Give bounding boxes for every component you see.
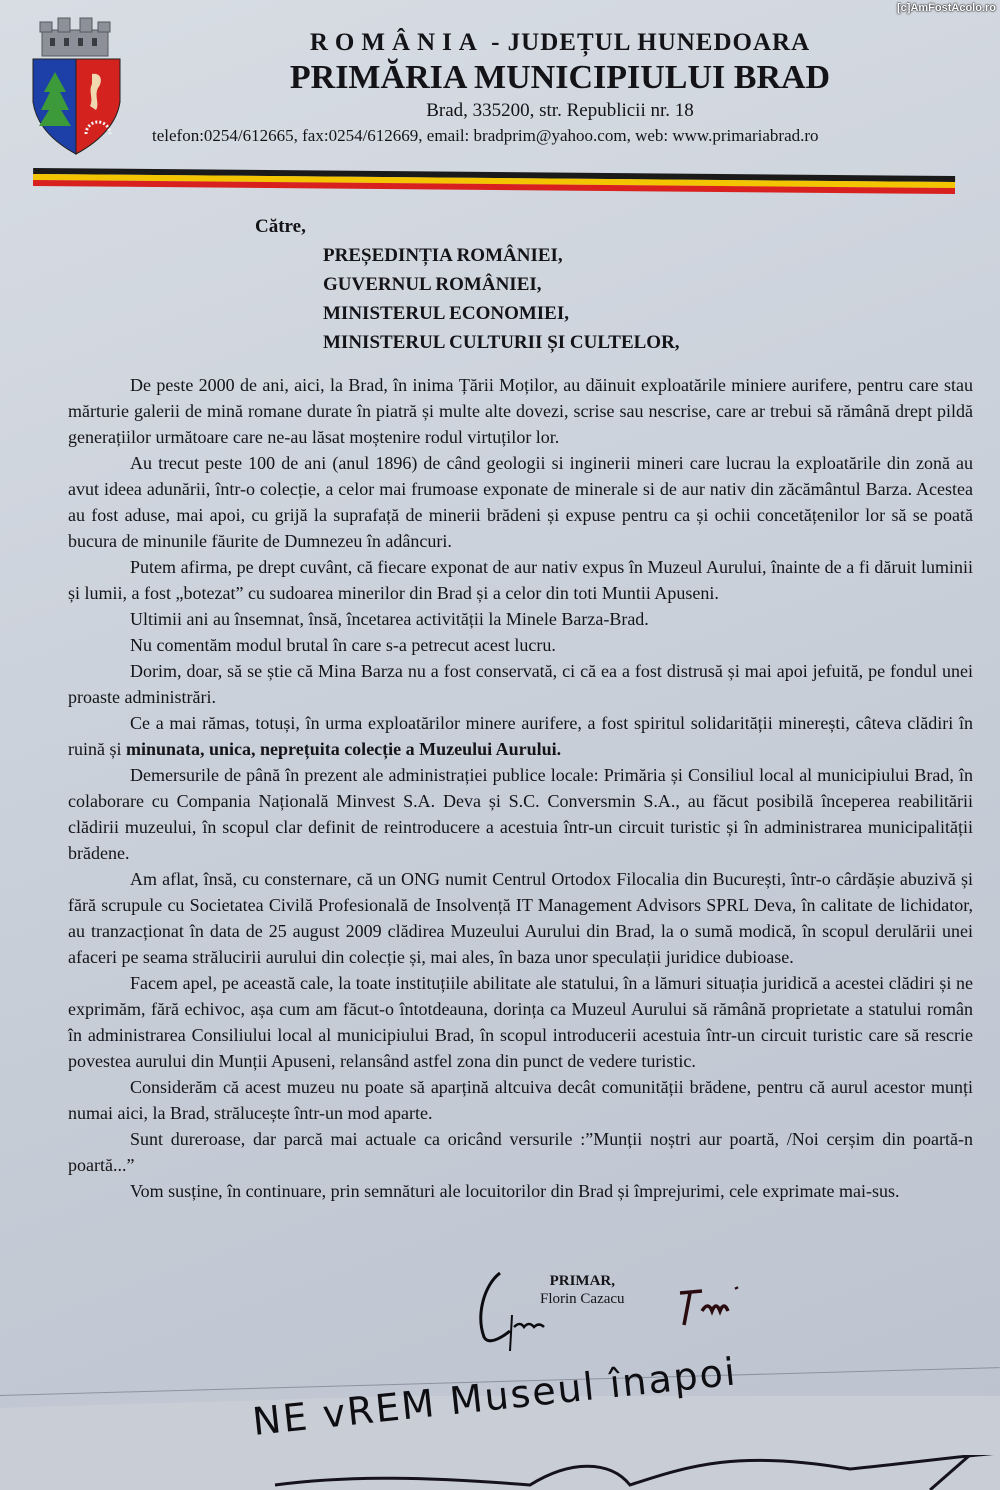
- recipient: GUVERNUL ROMÂNIEI,: [255, 270, 680, 299]
- signature-title: PRIMAR,: [540, 1272, 625, 1290]
- country-county: ROMÂNIA - JUDEȚUL HUNEDOARA: [150, 28, 970, 58]
- letterhead: ROMÂNIA - JUDEȚUL HUNEDOARA PRIMĂRIA MUN…: [150, 28, 970, 148]
- paragraph: Am aflat, însă, cu consternare, că un ON…: [68, 866, 973, 970]
- paragraph: Nu comentăm modul brutal în care s-a pet…: [68, 632, 973, 658]
- recipient: PREȘEDINȚIA ROMÂNIEI,: [255, 241, 680, 270]
- letter-body: De peste 2000 de ani, aici, la Brad, în …: [68, 372, 973, 1204]
- emphasis-text: minunata, unica, neprețuita colecție a M…: [126, 739, 561, 759]
- addressee-block: Către, PREȘEDINȚIA ROMÂNIEI, GUVERNUL RO…: [255, 212, 680, 357]
- signature-block: PRIMAR, Florin Cazacu: [540, 1272, 625, 1308]
- paragraph: Considerăm că acest muzeu nu poate să ap…: [68, 1074, 973, 1126]
- recipient: MINISTERUL CULTURII ȘI CULTELOR,: [255, 328, 680, 357]
- paragraph: Ultimii ani au însemnat, însă, încetarea…: [68, 606, 973, 632]
- paragraph: De peste 2000 de ani, aici, la Brad, în …: [68, 372, 973, 450]
- recipient: MINISTERUL ECONOMIEI,: [255, 299, 680, 328]
- contacts: telefon:0254/612665, fax:0254/612669, em…: [150, 124, 970, 148]
- country-name: ROMÂNIA: [310, 29, 484, 56]
- paragraph: Ce a mai rămas, totuși, în urma exploată…: [68, 710, 973, 762]
- paragraph: Sunt dureroase, dar parcă mai actuale ca…: [68, 1126, 973, 1178]
- tricolor-stripe: [33, 168, 955, 206]
- paragraph: Facem apel, pe această cale, la toate in…: [68, 970, 973, 1074]
- paragraph: Au trecut peste 100 de ani (anul 1896) d…: [68, 450, 973, 554]
- county-name: - JUDEȚUL HUNEDOARA: [484, 29, 810, 56]
- paragraph: Demersurile de până în prezent ale admin…: [68, 762, 973, 866]
- greeting: Către,: [255, 212, 680, 241]
- paragraph: Vom susține, în continuare, prin semnătu…: [68, 1178, 973, 1204]
- watermark: [c]AmFostAcolo.ro: [897, 2, 996, 14]
- paragraph: Putem afirma, pe drept cuvânt, că fiecar…: [68, 554, 973, 606]
- coat-of-arms-icon: [28, 12, 124, 157]
- signature-name: Florin Cazacu: [540, 1290, 625, 1308]
- institution-title: PRIMĂRIA MUNICIPIULUI BRAD: [150, 58, 970, 98]
- address: Brad, 335200, str. Republicii nr. 18: [150, 98, 970, 124]
- paragraph: Dorim, doar, să se știe că Mina Barza nu…: [68, 658, 973, 710]
- doodle-drawing-icon: [270, 1455, 1000, 1490]
